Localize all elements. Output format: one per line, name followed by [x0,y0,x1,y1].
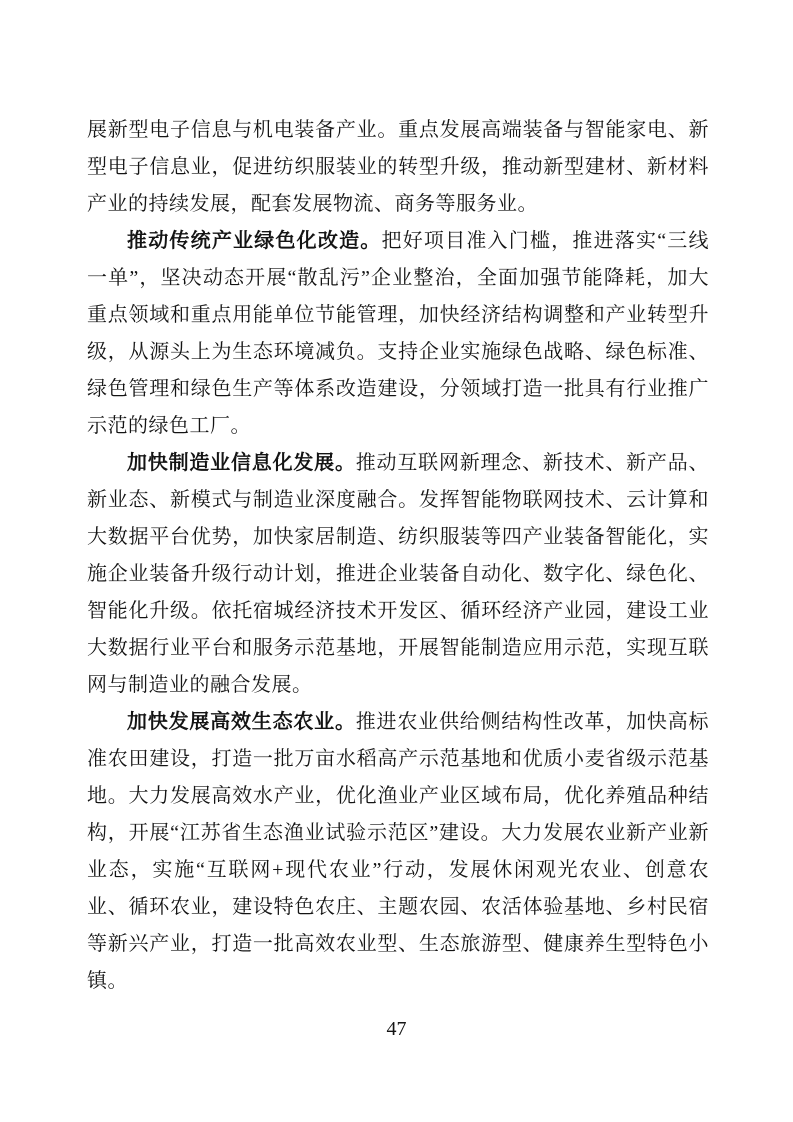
paragraph: 展新型电子信息与机电装备产业。重点发展高端装备与智能家电、新型电子信息业，促进纺… [87,112,709,223]
paragraph-body: 推进农业供给侧结构性改革，加快高标准农田建设，打造一批万亩水稻高产示范基地和优质… [87,711,709,992]
paragraph-heading: 加快发展高效生态农业。 [127,711,356,733]
paragraph-heading: 加快制造业信息化发展。 [127,452,356,474]
page-content: 展新型电子信息与机电装备产业。重点发展高端装备与智能家电、新型电子信息业，促进纺… [87,112,709,1000]
paragraph-body: 推动互联网新理念、新技术、新产品、新业态、新模式与制造业深度融合。发挥智能物联网… [87,452,709,696]
paragraph-body: 把好项目准入门槛，推进落实“三线一单”，坚决动态开展“散乱污”企业整治，全面加强… [87,230,709,437]
page-footer: 47 [0,1018,793,1041]
page-number: 47 [387,1018,407,1040]
document-page: 展新型电子信息与机电装备产业。重点发展高端装备与智能家电、新型电子信息业，促进纺… [0,0,793,1122]
paragraph: 加快制造业信息化发展。推动互联网新理念、新技术、新产品、新业态、新模式与制造业深… [87,445,709,704]
paragraph: 加快发展高效生态农业。推进农业供给侧结构性改革，加快高标准农田建设，打造一批万亩… [87,704,709,1000]
paragraph: 推动传统产业绿色化改造。把好项目准入门槛，推进落实“三线一单”，坚决动态开展“散… [87,223,709,445]
paragraph-heading: 推动传统产业绿色化改造。 [127,230,382,252]
paragraph-body: 展新型电子信息与机电装备产业。重点发展高端装备与智能家电、新型电子信息业，促进纺… [87,119,709,215]
